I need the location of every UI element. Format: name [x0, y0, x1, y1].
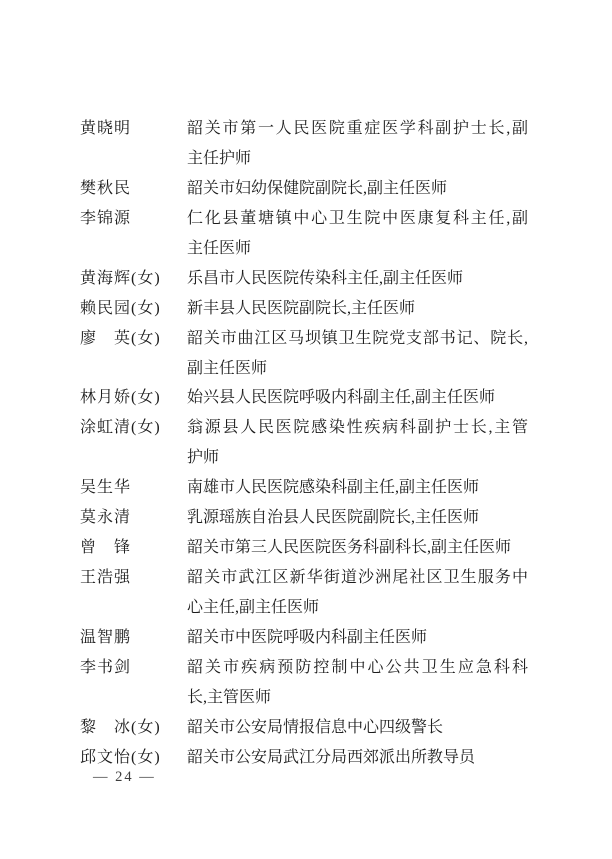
- list-item: 黄海辉(女) 乐昌市人民医院传染科主任,副主任医师: [80, 264, 528, 294]
- person-title: 南雄市人民医院感染科副主任,副主任医师: [187, 473, 528, 503]
- person-name: 温智鹏: [80, 623, 187, 653]
- title-line: 韶关市疾病预防控制中心公共卫生应急科科: [187, 653, 528, 683]
- list-item: 林月娇(女) 始兴县人民医院呼吸内科副主任,副主任医师: [80, 383, 528, 413]
- title-line: 新丰县人民医院副院长,主任医师: [187, 294, 528, 324]
- person-title: 乐昌市人民医院传染科主任,副主任医师: [187, 264, 528, 294]
- person-name: 黄晓明: [80, 114, 187, 144]
- list-item: 涂虹清(女) 翁源县人民医院感染性疾病科副护士长,主管护师: [80, 413, 528, 473]
- person-title: 韶关市疾病预防控制中心公共卫生应急科科长,主管医师: [187, 653, 528, 713]
- list-item: 樊秋民 韶关市妇幼保健院副院长,副主任医师: [80, 174, 528, 204]
- title-line: 韶关市公安局武江分局西郊派出所教导员: [187, 743, 528, 773]
- title-line: 韶关市曲江区马坝镇卫生院党支部书记、院长,: [187, 324, 528, 354]
- person-name: 李书剑: [80, 653, 187, 683]
- title-line: 翁源县人民医院感染性疾病科副护士长,主管: [187, 413, 528, 443]
- person-name: 林月娇(女): [80, 383, 187, 413]
- person-name: 黎 冰(女): [80, 713, 187, 743]
- title-line: 长,主管医师: [187, 683, 528, 713]
- title-line: 韶关市第一人民医院重症医学科副护士长,副: [187, 114, 528, 144]
- person-name: 王浩强: [80, 563, 187, 593]
- list-item: 李书剑 韶关市疾病预防控制中心公共卫生应急科科长,主管医师: [80, 653, 528, 713]
- title-line: 主任护师: [187, 144, 528, 174]
- person-name: 廖 英(女): [80, 324, 187, 354]
- person-title: 韶关市公安局情报信息中心四级警长: [187, 713, 528, 743]
- title-line: 乐昌市人民医院传染科主任,副主任医师: [187, 264, 528, 294]
- title-line: 韶关市武江区新华街道沙洲尾社区卫生服务中: [187, 563, 528, 593]
- list-item: 李锦源 仁化县董塘镇中心卫生院中医康复科主任,副主任医师: [80, 204, 528, 264]
- person-name: 赖民园(女): [80, 294, 187, 324]
- person-title: 韶关市中医院呼吸内科副主任医师: [187, 623, 528, 653]
- person-title: 韶关市武江区新华街道沙洲尾社区卫生服务中心主任,副主任医师: [187, 563, 528, 623]
- person-title: 乳源瑶族自治县人民医院副院长,主任医师: [187, 503, 528, 533]
- title-line: 副主任医师: [187, 354, 528, 384]
- page-number: — 24 —: [93, 769, 156, 785]
- person-name: 樊秋民: [80, 174, 187, 204]
- person-name: 吴生华: [80, 473, 187, 503]
- person-title: 始兴县人民医院呼吸内科副主任,副主任医师: [187, 383, 528, 413]
- list-item: 黄晓明 韶关市第一人民医院重症医学科副护士长,副主任护师: [80, 114, 528, 174]
- title-line: 韶关市妇幼保健院副院长,副主任医师: [187, 174, 528, 204]
- list-item: 曾 锋 韶关市第三人民医院医务科副科长,副主任医师: [80, 533, 528, 563]
- person-name: 曾 锋: [80, 533, 187, 563]
- title-line: 仁化县董塘镇中心卫生院中医康复科主任,副: [187, 204, 528, 234]
- list-item: 廖 英(女) 韶关市曲江区马坝镇卫生院党支部书记、院长,副主任医师: [80, 324, 528, 384]
- person-title: 韶关市妇幼保健院副院长,副主任医师: [187, 174, 528, 204]
- person-title: 韶关市第三人民医院医务科副科长,副主任医师: [187, 533, 528, 563]
- person-title: 韶关市曲江区马坝镇卫生院党支部书记、院长,副主任医师: [187, 324, 528, 384]
- document-page: 黄晓明 韶关市第一人民医院重症医学科副护士长,副主任护师 樊秋民 韶关市妇幼保健…: [0, 0, 612, 859]
- list-item: 赖民园(女) 新丰县人民医院副院长,主任医师: [80, 294, 528, 324]
- list-item: 莫永清 乳源瑶族自治县人民医院副院长,主任医师: [80, 503, 528, 533]
- person-name: 莫永清: [80, 503, 187, 533]
- title-line: 韶关市公安局情报信息中心四级警长: [187, 713, 528, 743]
- person-name: 李锦源: [80, 204, 187, 234]
- title-line: 韶关市中医院呼吸内科副主任医师: [187, 623, 528, 653]
- recognition-list: 黄晓明 韶关市第一人民医院重症医学科副护士长,副主任护师 樊秋民 韶关市妇幼保健…: [80, 114, 528, 773]
- list-item: 黎 冰(女) 韶关市公安局情报信息中心四级警长: [80, 713, 528, 743]
- person-name: 涂虹清(女): [80, 413, 187, 443]
- person-title: 仁化县董塘镇中心卫生院中医康复科主任,副主任医师: [187, 204, 528, 264]
- person-title: 韶关市第一人民医院重症医学科副护士长,副主任护师: [187, 114, 528, 174]
- title-line: 乳源瑶族自治县人民医院副院长,主任医师: [187, 503, 528, 533]
- title-line: 南雄市人民医院感染科副主任,副主任医师: [187, 473, 528, 503]
- title-line: 始兴县人民医院呼吸内科副主任,副主任医师: [187, 383, 528, 413]
- title-line: 护师: [187, 443, 528, 473]
- list-item: 温智鹏 韶关市中医院呼吸内科副主任医师: [80, 623, 528, 653]
- person-title: 韶关市公安局武江分局西郊派出所教导员: [187, 743, 528, 773]
- list-item: 吴生华 南雄市人民医院感染科副主任,副主任医师: [80, 473, 528, 503]
- list-item: 王浩强 韶关市武江区新华街道沙洲尾社区卫生服务中心主任,副主任医师: [80, 563, 528, 623]
- page-footer: — 24 —: [93, 769, 156, 786]
- title-line: 心主任,副主任医师: [187, 593, 528, 623]
- person-title: 新丰县人民医院副院长,主任医师: [187, 294, 528, 324]
- person-name: 黄海辉(女): [80, 264, 187, 294]
- title-line: 韶关市第三人民医院医务科副科长,副主任医师: [187, 533, 528, 563]
- person-title: 翁源县人民医院感染性疾病科副护士长,主管护师: [187, 413, 528, 473]
- title-line: 主任医师: [187, 234, 528, 264]
